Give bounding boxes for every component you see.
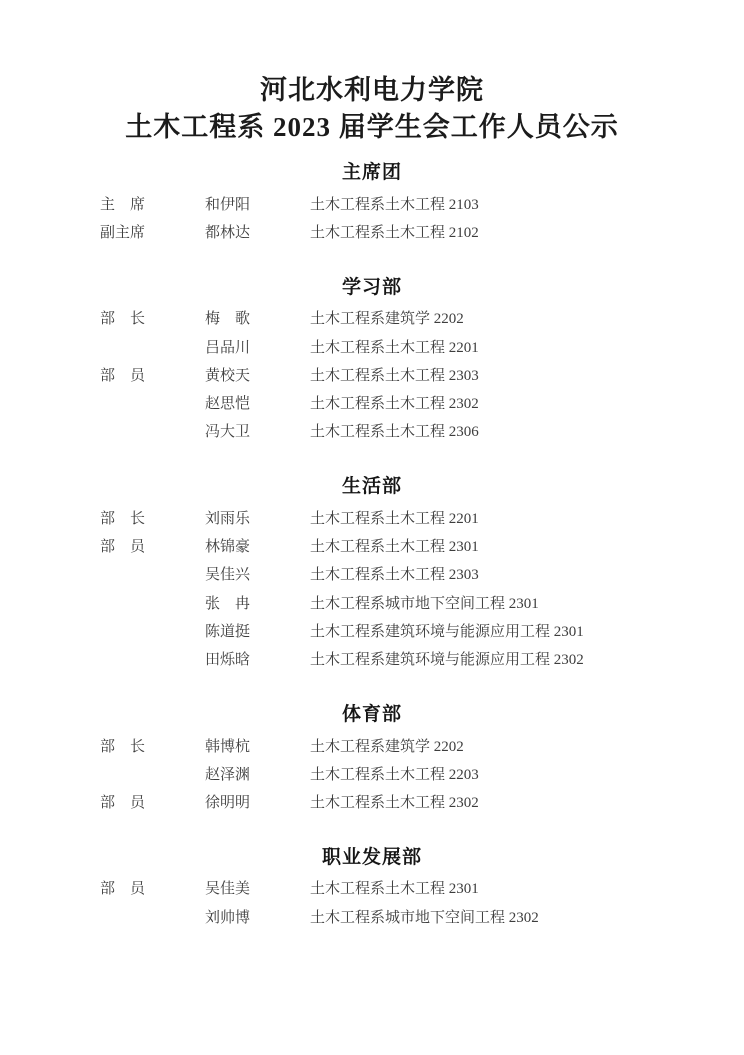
document-page: 河北水利电力学院 土木工程系 2023 届学生会工作人员公示 主席团主 席和伊阳… [0,0,744,1055]
role-label: 部 员 [100,364,205,385]
staff-row: 主 席和伊阳土木工程系土木工程 2103 [0,189,744,217]
person-name: 冯大卫 [205,420,310,441]
class-label: 土木工程系城市地下空间工程 2302 [310,906,744,927]
class-label: 土木工程系土木工程 2302 [310,392,744,413]
person-name: 赵思恺 [205,392,310,413]
person-name: 田烁晗 [205,648,310,669]
staff-row: 张 冉土木工程系城市地下空间工程 2301 [0,588,744,616]
person-name: 吴佳美 [205,877,310,898]
person-name: 刘帅博 [205,906,310,927]
class-label: 土木工程系土木工程 2301 [310,877,744,898]
class-label: 土木工程系土木工程 2302 [310,791,744,812]
role-label: 部 员 [100,877,205,898]
staff-row: 吕品川土木工程系土木工程 2201 [0,332,744,360]
person-name: 梅 歌 [205,307,310,328]
staff-row: 部 员黄校天土木工程系土木工程 2303 [0,360,744,388]
staff-row: 田烁晗土木工程系建筑环境与能源应用工程 2302 [0,645,744,673]
class-label: 土木工程系建筑学 2202 [310,307,744,328]
role-label: 部 员 [100,791,205,812]
staff-row: 部 长梅 歌土木工程系建筑学 2202 [0,304,744,332]
person-name: 陈道挺 [205,620,310,641]
section-title: 学习部 [0,275,744,300]
staff-row: 赵思恺土木工程系土木工程 2302 [0,388,744,416]
person-name: 韩博杭 [205,735,310,756]
staff-row: 部 员林锦豪土木工程系土木工程 2301 [0,531,744,559]
role-label: 部 长 [100,735,205,756]
staff-row: 赵泽渊土木工程系土木工程 2203 [0,759,744,787]
document-title-line2: 土木工程系 2023 届学生会工作人员公示 [0,109,744,146]
staff-row: 部 员徐明明土木工程系土木工程 2302 [0,787,744,815]
person-name: 张 冉 [205,592,310,613]
staff-row: 部 长刘雨乐土木工程系土木工程 2201 [0,503,744,531]
department-section: 主席团主 席和伊阳土木工程系土木工程 2103副主席都林达土木工程系土木工程 2… [0,160,744,246]
department-section: 学习部部 长梅 歌土木工程系建筑学 2202吕品川土木工程系土木工程 2201部… [0,275,744,445]
section-title: 体育部 [0,702,744,727]
staff-row: 副主席都林达土木工程系土木工程 2102 [0,217,744,245]
class-label: 土木工程系城市地下空间工程 2301 [310,592,744,613]
section-title: 职业发展部 [0,845,744,870]
department-section: 生活部部 长刘雨乐土木工程系土木工程 2201部 员林锦豪土木工程系土木工程 2… [0,474,744,673]
class-label: 土木工程系土木工程 2303 [310,563,744,584]
role-label: 主 席 [100,193,205,214]
person-name: 吴佳兴 [205,563,310,584]
department-section: 职业发展部部 员吴佳美土木工程系土木工程 2301刘帅博土木工程系城市地下空间工… [0,845,744,931]
person-name: 林锦豪 [205,535,310,556]
document-title-line1: 河北水利电力学院 [0,72,744,109]
role-label: 副主席 [100,221,205,242]
staff-row: 部 长韩博杭土木工程系建筑学 2202 [0,731,744,759]
class-label: 土木工程系土木工程 2201 [310,336,744,357]
section-title: 主席团 [0,160,744,185]
person-name: 吕品川 [205,336,310,357]
role-label: 部 长 [100,507,205,528]
staff-row: 吴佳兴土木工程系土木工程 2303 [0,560,744,588]
person-name: 徐明明 [205,791,310,812]
department-section: 体育部部 长韩博杭土木工程系建筑学 2202赵泽渊土木工程系土木工程 2203部… [0,702,744,816]
person-name: 赵泽渊 [205,763,310,784]
person-name: 刘雨乐 [205,507,310,528]
staff-row: 冯大卫土木工程系土木工程 2306 [0,417,744,445]
person-name: 都林达 [205,221,310,242]
class-label: 土木工程系土木工程 2201 [310,507,744,528]
staff-row: 陈道挺土木工程系建筑环境与能源应用工程 2301 [0,616,744,644]
sections-container: 主席团主 席和伊阳土木工程系土木工程 2103副主席都林达土木工程系土木工程 2… [0,160,744,930]
class-label: 土木工程系建筑学 2202 [310,735,744,756]
person-name: 和伊阳 [205,193,310,214]
class-label: 土木工程系建筑环境与能源应用工程 2302 [310,648,744,669]
class-label: 土木工程系土木工程 2306 [310,420,744,441]
class-label: 土木工程系土木工程 2301 [310,535,744,556]
class-label: 土木工程系土木工程 2103 [310,193,744,214]
section-title: 生活部 [0,474,744,499]
class-label: 土木工程系土木工程 2203 [310,763,744,784]
staff-row: 部 员吴佳美土木工程系土木工程 2301 [0,874,744,902]
class-label: 土木工程系土木工程 2102 [310,221,744,242]
role-label: 部 长 [100,307,205,328]
person-name: 黄校天 [205,364,310,385]
staff-row: 刘帅博土木工程系城市地下空间工程 2302 [0,902,744,930]
class-label: 土木工程系土木工程 2303 [310,364,744,385]
role-label: 部 员 [100,535,205,556]
class-label: 土木工程系建筑环境与能源应用工程 2301 [310,620,744,641]
